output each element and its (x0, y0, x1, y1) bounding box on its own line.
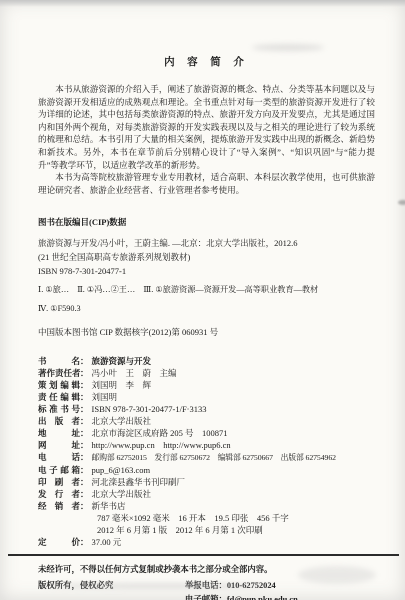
colophon-row-publisher: 出版者：北京大学出版社 (38, 415, 375, 427)
colophon-row-responsible-editor: 责任编辑：刘国明 (38, 391, 375, 403)
field-colon: ： (80, 404, 89, 414)
scan-artifact (398, 200, 405, 205)
field-colon: ： (80, 452, 89, 462)
colophon-row-printer: 印刷者：河北滦县鑫华书刊印刷厂 (38, 476, 375, 488)
cip-block: 图书在版编目(CIP)数据 旅游资源与开发/冯小叶，王蔚主编. —北京：北京大学… (38, 216, 375, 339)
field-colon: ： (80, 440, 89, 450)
colophon-row-book-title: 书名：旅游资源与开发 (38, 355, 375, 367)
field-label: 责任编辑 (38, 391, 80, 403)
cip-isbn-line: ISBN 978-7-301-20477-1 (38, 264, 375, 278)
field-label: 地址 (38, 427, 80, 439)
cip-heading: 图书在版编目(CIP)数据 (38, 216, 375, 228)
field-label: 定价 (38, 536, 80, 548)
colophon-block: 书名：旅游资源与开发 著作责任者：冯小叶 王 蔚 主编 策划编辑：刘国明 李 辉… (38, 355, 375, 548)
field-value: 北京市海淀区成府路 205 号 100871 (92, 428, 228, 438)
cip-title-line: 旅游资源与开发/冯小叶，王蔚主编. —北京：北京大学出版社，2012.6 (38, 236, 375, 250)
scan-artifact (0, 0, 405, 7)
field-value: pup_6@163.com (92, 465, 151, 475)
field-value: 旅游资源与开发 (92, 356, 152, 366)
field-value: 北京大学出版社 (92, 489, 152, 499)
field-value: 冯小叶 王 蔚 主编 (92, 368, 177, 378)
colophon-row-email: 电子邮箱：pup_6@163.com (38, 464, 375, 476)
field-value: ISBN 978-7-301-20477-1/F·3133 (92, 404, 207, 414)
scan-artifact (252, 44, 324, 51)
field-colon: ： (80, 477, 89, 487)
field-colon: ： (80, 489, 89, 499)
summary-paragraph-1: 本书从旅游资源的介绍入手，阐述了旅游资源的概念、特点、分类等基本问题以及与旅游资… (38, 83, 375, 171)
cip-classification-line-2: Ⅳ. ①F590.3 (38, 302, 375, 316)
colophon-row-format: 787 毫米×1092 毫米 16 开本 19.5 印张 456 千字 (38, 512, 375, 524)
field-label: 经销者 (38, 500, 80, 512)
field-label: 电话 (38, 451, 80, 463)
field-label: 电子邮箱 (38, 464, 80, 476)
field-label: 著作责任者 (38, 367, 80, 379)
field-label: 发行者 (38, 488, 80, 500)
report-email: 电子邮箱：fd@pup.pku.edu.cn (185, 593, 298, 600)
cip-series-line: (21 世纪全国高职高专旅游系列规划教材) (38, 250, 375, 264)
colophon-row-isbn: 标准书号：ISBN 978-7-301-20477-1/F·3133 (38, 403, 375, 415)
colophon-row-price: 定价：37.00 元 (38, 536, 375, 548)
summary-title: 内 容 简 介 (38, 54, 375, 69)
field-value: 2012 年 6 月第 1 版 2012 年 6 月第 1 次印刷 (97, 525, 263, 535)
field-colon: ： (80, 368, 89, 378)
divider-rule (8, 554, 399, 556)
field-label: 书名 (38, 355, 80, 367)
colophon-row-authors: 著作责任者：冯小叶 王 蔚 主编 (38, 367, 375, 379)
field-colon: ： (80, 501, 89, 511)
colophon-row-website: 网址：http://www.pup.cn http://www.pup6.cn (38, 439, 375, 451)
field-value: 邮购部 62752015 发行部 62750672 编辑部 62750667 出… (92, 453, 336, 462)
cip-classification-line-1: Ⅰ. ①旅… Ⅱ. ①冯…②王… Ⅲ. ①旅游资源—资源开发—高等职业教育—教材 (38, 283, 375, 297)
colophon-row-distributor: 发行者：北京大学出版社 (38, 488, 375, 500)
field-colon: ： (80, 392, 89, 402)
book-copyright-page: 内 容 简 介 本书从旅游资源的介绍入手，阐述了旅游资源的概念、特点、分类等基本… (0, 0, 405, 600)
field-label: 印刷者 (38, 476, 80, 488)
field-label: 标准书号 (38, 403, 80, 415)
field-colon: ： (80, 380, 89, 390)
summary-paragraph-2: 本书为高等院校旅游管理专业专用教材，适合高职、本科层次教学使用，也可供旅游理论研… (38, 171, 375, 196)
field-value: 刘国明 李 辉 (92, 380, 152, 390)
colophon-row-retailer: 经销者：新华书店 (38, 500, 375, 512)
colophon-row-address: 地址：北京市海淀区成府路 205 号 100871 (38, 427, 375, 439)
colophon-row-edition: 2012 年 6 月第 1 版 2012 年 6 月第 1 次印刷 (38, 524, 375, 536)
field-value: 北京大学出版社 (92, 416, 152, 426)
cip-registry-number: 中国版本图书馆 CIP 数据核字(2012)第 060931 号 (38, 325, 375, 339)
scan-artifact (298, 566, 376, 584)
field-colon: ： (80, 416, 89, 426)
field-value: 787 毫米×1092 毫米 16 开本 19.5 印张 456 千字 (97, 513, 289, 523)
field-colon: ： (80, 537, 89, 547)
field-value: http://www.pup.cn http://www.pup6.cn (92, 440, 231, 450)
field-label: 策划编辑 (38, 379, 80, 391)
field-colon: ： (80, 465, 89, 475)
colophon-row-phones: 电话：邮购部 62752015 发行部 62750672 编辑部 6275066… (38, 451, 375, 464)
field-label: 网址 (38, 439, 80, 451)
field-label: 出版者 (38, 415, 80, 427)
field-value: 刘国明 (92, 392, 118, 402)
field-colon: ： (80, 356, 89, 366)
field-value: 河北滦县鑫华书刊印刷厂 (92, 477, 186, 487)
colophon-row-planning-editor: 策划编辑：刘国明 李 辉 (38, 379, 375, 391)
field-colon: ： (80, 428, 89, 438)
scan-artifact (42, 583, 272, 589)
field-value: 新华书店 (92, 501, 126, 511)
field-value: 37.00 元 (92, 537, 122, 547)
